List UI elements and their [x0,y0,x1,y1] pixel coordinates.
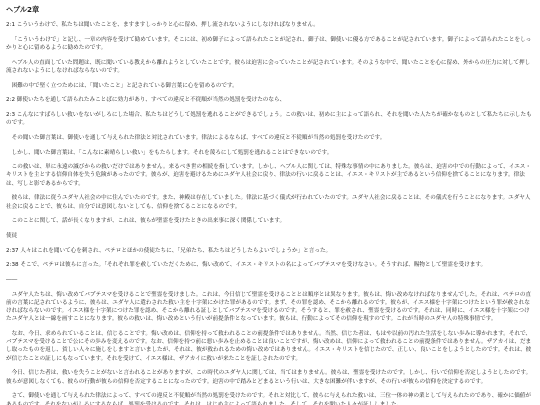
paragraph: なお、今日、求められていることは、信じることです。悔い改めは、信仰を持って救われ… [6,330,534,363]
document-title: ヘブル2章 [6,5,534,15]
document-page: ヘブル2章 2:1 こういうわけで、私たちは聞いたことを、ますますしっかりと心に… [0,0,540,405]
section-heading-acts: 使徒 [6,232,534,240]
paragraph: 彼らは、律法に従うユダヤ人社会の中に住んでいたのです。また、神殿は存在していまし… [6,194,534,210]
separator: ―― [6,276,534,284]
paragraph: ヘブル人の直面していた問題は、既に聞いている教えから離れようとしていたことです。… [6,59,534,75]
paragraph: このことに関して、話が長くなりますが、これは、彼らが聖霊を受けたときの出来事に深… [6,217,534,225]
verse-2-1: 2:1 こういうわけで、私たちは聞いたことを、ますますしっかりと心に留め、押し流… [6,21,534,29]
paragraph: ユダヤ人たちは、悔い改めてバプテスマを受けることで聖霊を受けました。これは、今日… [6,291,534,324]
verse-2-38: 2:38 そこで、ペテロは彼らに言った。「それぞれ罪を赦していただくために、悔い… [6,261,534,269]
paragraph: 「こういうわけで」と記し、一章の内容を受けて勧めています。そこには、初め御子によ… [6,36,534,52]
paragraph: 今日、信じた者は、救いを失うことがないと言われることがありますが、この時代のユダ… [6,369,534,385]
paragraph: この救いは、単に永遠の滅びからの救いだけではありません。来るべき世の相続を指して… [6,163,534,188]
paragraph: しかし、聞いた御言葉は、「こんなに素晴らしい救い」をもたらします。それを蔑ろにし… [6,149,534,157]
verse-2-37: 2:37 人々はこれを聞いて心を刺され、ペテロとほかの使徒たちに、「兄弟たち、私… [6,247,534,255]
paragraph: 困難の中で堅く立つためには、「聞いたこと」と記されている御言葉に心を留めるのです… [6,82,534,90]
verse-2-3: 2:3 こんなにすばらしい救いをないがしろにした場合、私たちはどうして処罰を逃れ… [6,111,534,127]
verse-2-2: 2:2 御使いたちを通して語られたみことばに効力があり、すべての違反と不従順が当… [6,96,534,104]
paragraph: その聞いた御言葉は、御使いを通して与えられた律法と対比されています。律法によるな… [6,134,534,142]
paragraph: さて、御使いを通して与えられた律法によって、すべての違反と不従順が当然の処罰を受… [6,392,534,405]
